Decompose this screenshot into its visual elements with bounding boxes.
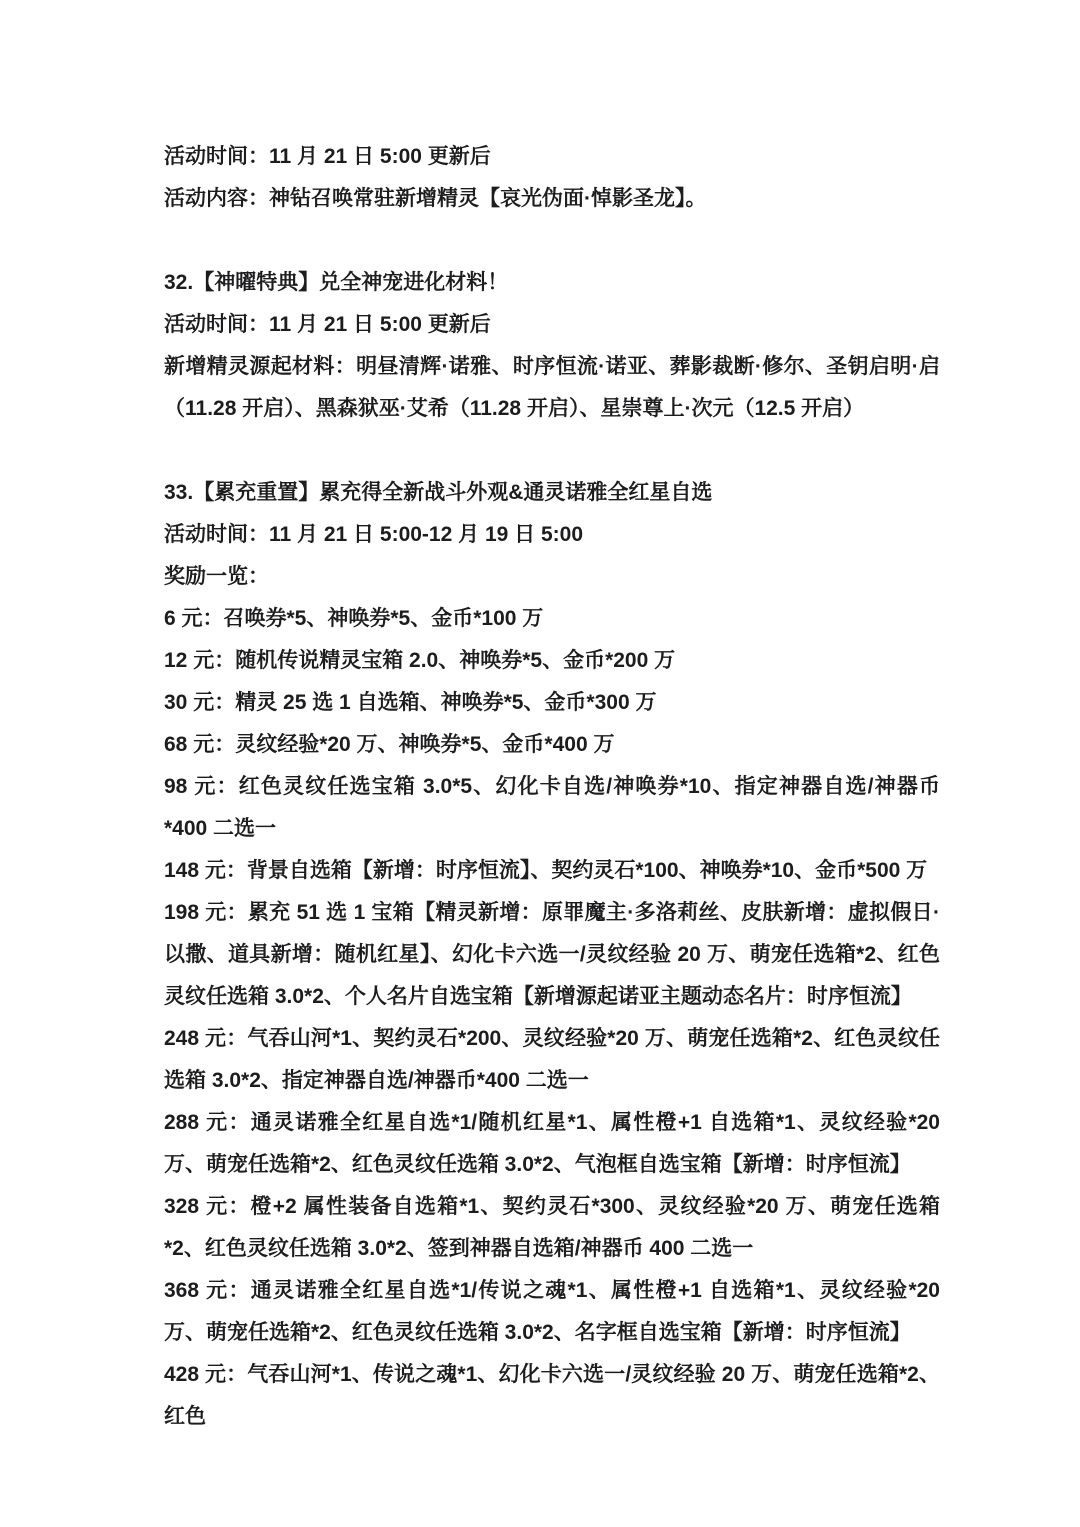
reward-tier-288: 288 元：通灵诺雅全红星自选*1/随机红星*1、属性橙+1 自选箱*1、灵纹经…	[164, 1102, 940, 1186]
reward-tier-428: 428 元：气吞山河*1、传说之魂*1、幻化卡六选一/灵纹经验 20 万、萌宠任…	[164, 1354, 940, 1438]
reward-tier-6: 6 元：召唤券*5、神唤券*5、金币*100 万	[164, 598, 940, 640]
section-spacer	[164, 430, 940, 472]
reward-tier-12: 12 元：随机传说精灵宝箱 2.0、神唤券*5、金币*200 万	[164, 640, 940, 682]
event-32-new-materials: 新增精灵源起材料：明昼清辉·诺雅、时序恒流·诺亚、葬影裁断·修尔、圣钥启明·启（…	[164, 346, 940, 430]
event-announcement-document: 活动时间：11 月 21 日 5:00 更新后 活动内容：神钻召唤常驻新增精灵【…	[164, 136, 940, 1438]
event-32-title: 32.【神曜特典】兑全神宠进化材料！	[164, 262, 940, 304]
reward-tier-248: 248 元：气吞山河*1、契约灵石*200、灵纹经验*20 万、萌宠任选箱*2、…	[164, 1018, 940, 1102]
reward-tier-368: 368 元：通灵诺雅全红星自选*1/传说之魂*1、属性橙+1 自选箱*1、灵纹经…	[164, 1270, 940, 1354]
reward-tier-198: 198 元：累充 51 选 1 宝箱【精灵新增：原罪魔主·多洛莉丝、皮肤新增：虚…	[164, 892, 940, 1018]
section-event-31-details: 活动时间：11 月 21 日 5:00 更新后 活动内容：神钻召唤常驻新增精灵【…	[164, 136, 940, 220]
reward-tier-328: 328 元：橙+2 属性装备自选箱*1、契约灵石*300、灵纹经验*20 万、萌…	[164, 1186, 940, 1270]
rewards-overview-label: 奖励一览：	[164, 556, 940, 598]
event-31-time: 活动时间：11 月 21 日 5:00 更新后	[164, 136, 940, 178]
event-33-title: 33.【累充重置】累充得全新战斗外观&通灵诺雅全红星自选	[164, 472, 940, 514]
section-spacer	[164, 220, 940, 262]
reward-tier-30: 30 元：精灵 25 选 1 自选箱、神唤券*5、金币*300 万	[164, 682, 940, 724]
section-event-33: 33.【累充重置】累充得全新战斗外观&通灵诺雅全红星自选 活动时间：11 月 2…	[164, 472, 940, 1438]
reward-tier-98: 98 元：红色灵纹任选宝箱 3.0*5、幻化卡自选/神唤券*10、指定神器自选/…	[164, 766, 940, 850]
event-33-time: 活动时间：11 月 21 日 5:00-12 月 19 日 5:00	[164, 514, 940, 556]
event-32-time: 活动时间：11 月 21 日 5:00 更新后	[164, 304, 940, 346]
document-page: 活动时间：11 月 21 日 5:00 更新后 活动内容：神钻召唤常驻新增精灵【…	[0, 0, 1080, 1527]
reward-tier-68: 68 元：灵纹经验*20 万、神唤券*5、金币*400 万	[164, 724, 940, 766]
event-31-content: 活动内容：神钻召唤常驻新增精灵【哀光伪面·悼影圣龙】。	[164, 178, 940, 220]
section-event-32: 32.【神曜特典】兑全神宠进化材料！ 活动时间：11 月 21 日 5:00 更…	[164, 262, 940, 430]
reward-tier-148: 148 元：背景自选箱【新增：时序恒流】、契约灵石*100、神唤券*10、金币*…	[164, 850, 940, 892]
